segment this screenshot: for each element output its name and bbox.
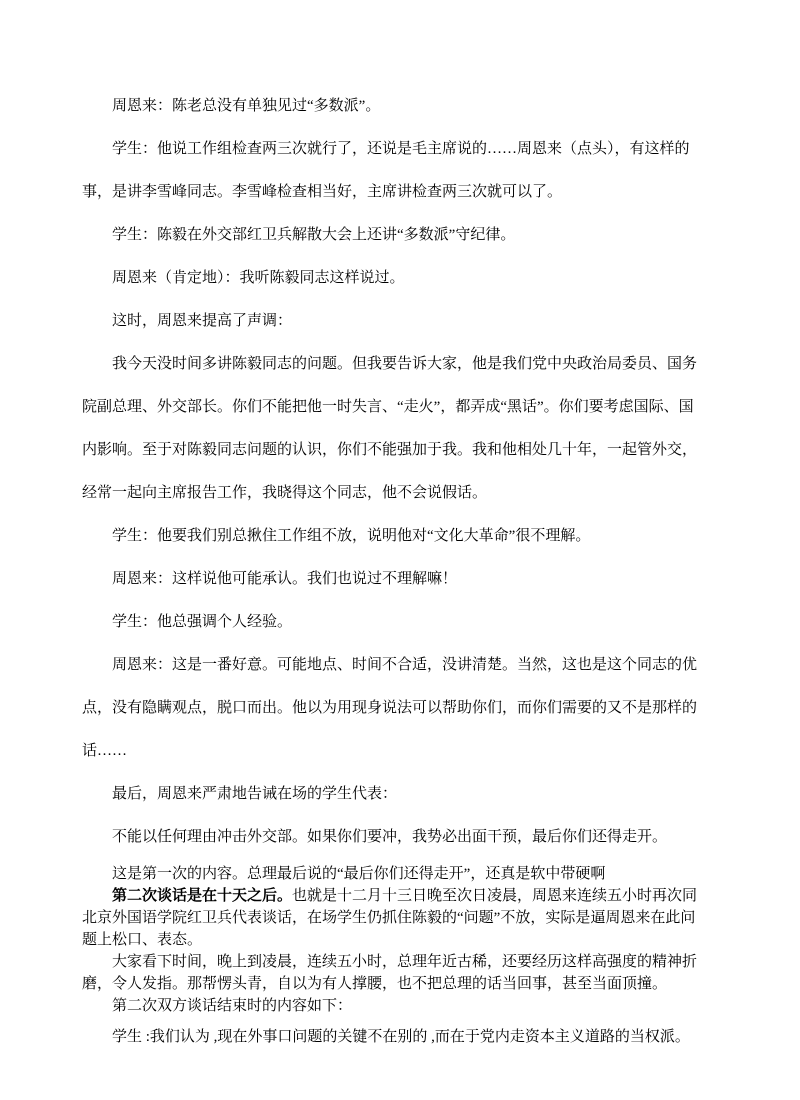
paragraph: 大家看下时间，晚上到凌晨，连续五小时，总理年近古稀，还要经历这样高强度的精神折磨… bbox=[82, 951, 702, 995]
dialogue-section: 周恩来：陈老总没有单独见过“多数派”。学生：他说工作组检查两三次就行了，还说是毛… bbox=[82, 85, 702, 859]
paragraph: 第二次谈话是在十天之后。也就是十二月十三日晚至次日凌晨，周恩来连续五小时再次同北… bbox=[82, 885, 702, 951]
paragraph: 第二次双方谈话结束时的内容如下： bbox=[82, 995, 702, 1017]
document-page: 周恩来：陈老总没有单独见过“多数派”。学生：他说工作组检查两三次就行了，还说是毛… bbox=[0, 0, 800, 1100]
paragraph: 周恩来（肯定地）：我听陈毅同志这样说过。 bbox=[82, 257, 702, 300]
paragraph: 学生：他说工作组检查两三次就行了，还说是毛主席说的……周恩来（点头），有这样的事… bbox=[82, 128, 702, 214]
paragraph-bold-lead: 第二次谈话是在十天之后。 bbox=[112, 888, 292, 904]
paragraph: 最后，周恩来严肃地告诫在场的学生代表： bbox=[82, 773, 702, 816]
paragraph: 学生：陈毅在外交部红卫兵解散大会上还讲“多数派”守纪律。 bbox=[82, 214, 702, 257]
paragraph: 学生 :我们认为 ,现在外事口问题的关键不在别的 ,而在于党内走资本主义道路的当… bbox=[82, 1026, 702, 1048]
paragraph: 不能以任何理由冲击外交部。如果你们要冲，我势必出面干预，最后你们还得走开。 bbox=[82, 816, 702, 859]
paragraph: 学生：他要我们别总揪住工作组不放，说明他对“文化大革命”很不理解。 bbox=[82, 515, 702, 558]
paragraph: 这时，周恩来提高了声调： bbox=[82, 300, 702, 343]
paragraph: 周恩来：陈老总没有单独见过“多数派”。 bbox=[82, 85, 702, 128]
paragraph: 周恩来：这是一番好意。可能地点、时间不合适，没讲清楚。当然，这也是这个同志的优点… bbox=[82, 644, 702, 773]
commentary-section: 这是第一次的内容。总理最后说的“最后你们还得走开”，还真是软中带硬啊第二次谈话是… bbox=[82, 859, 702, 1048]
paragraph: 我今天没时间多讲陈毅同志的问题。但我要告诉大家，他是我们党中央政治局委员、国务院… bbox=[82, 343, 702, 515]
paragraph: 周恩来：这样说他可能承认。我们也说过不理解嘛！ bbox=[82, 558, 702, 601]
paragraph: 这是第一次的内容。总理最后说的“最后你们还得走开”，还真是软中带硬啊 bbox=[82, 863, 702, 885]
paragraph: 学生：他总强调个人经验。 bbox=[82, 601, 702, 644]
